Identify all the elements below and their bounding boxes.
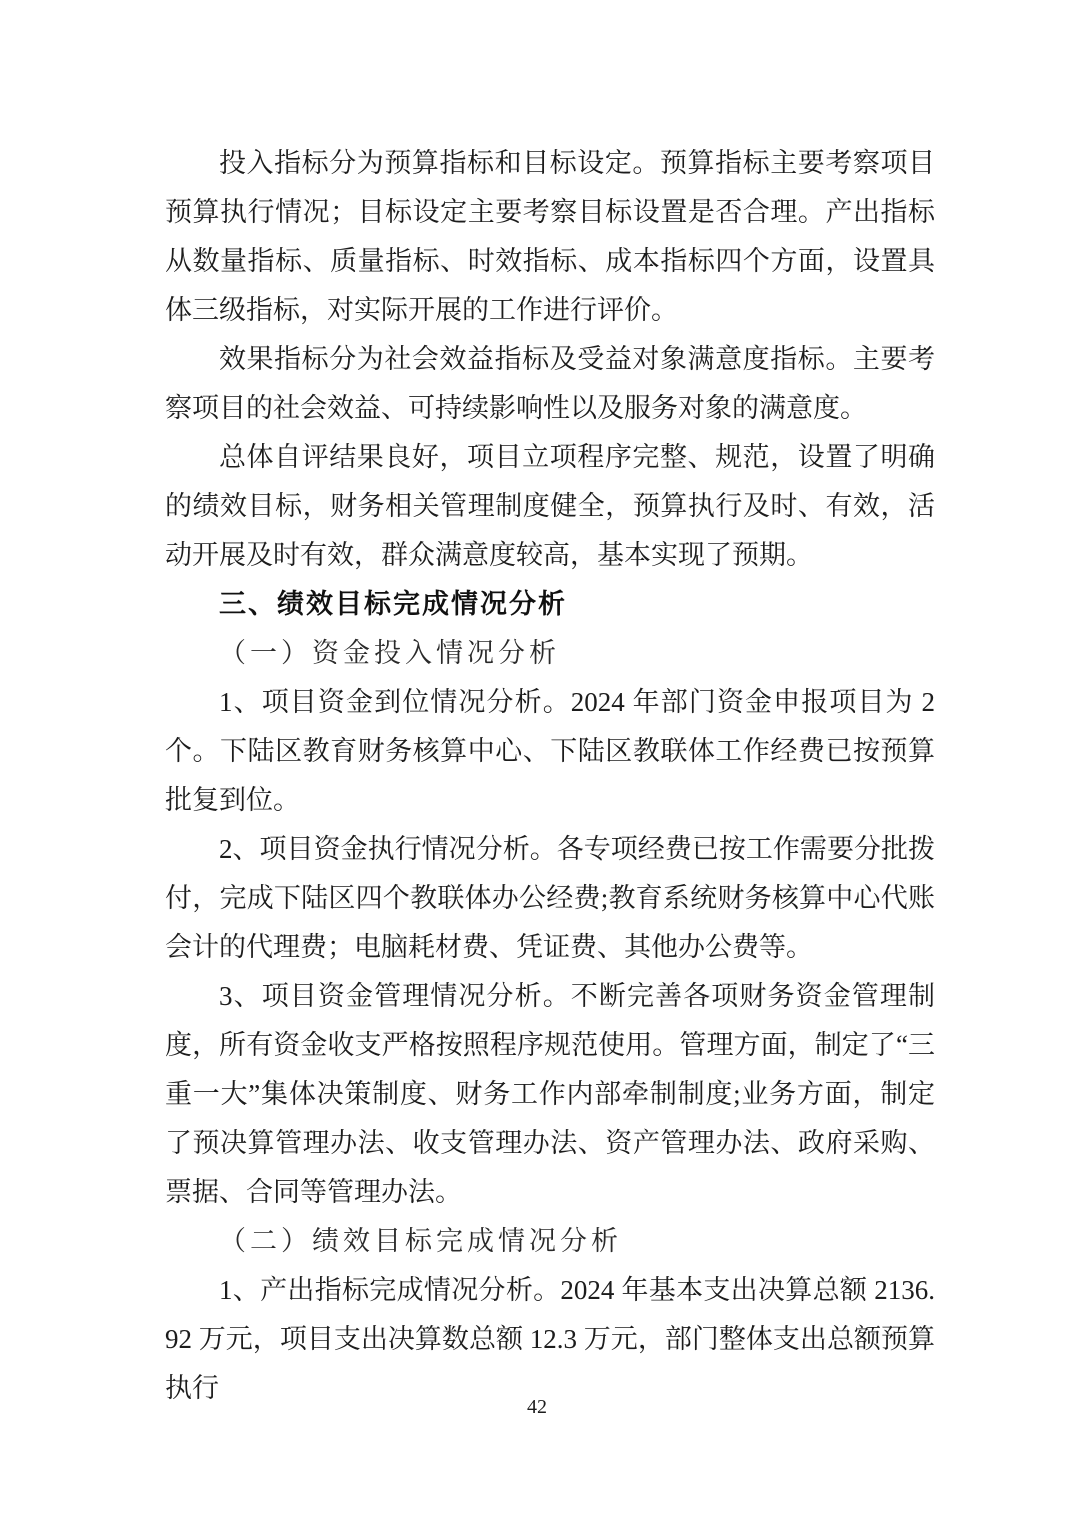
paragraph-overall-self-evaluation: 总体自评结果良好，项目立项程序完整、规范，设置了明确的绩效目标，财务相关管理制度… xyxy=(165,433,935,580)
subsection-heading-goal-completion-analysis: （二）绩效目标完成情况分析 xyxy=(165,1217,935,1266)
paragraph-output-indicator-analysis: 1、产出指标完成情况分析。2024 年基本支出决算总额 2136.92 万元，项… xyxy=(165,1266,935,1413)
subsection-heading-fund-input-analysis: （一）资金投入情况分析 xyxy=(165,629,935,678)
page-number: 42 xyxy=(0,1396,1074,1419)
paragraph-fund-arrival-analysis: 1、项目资金到位情况分析。2024 年部门资金申报项目为 2 个。下陆区教育财务… xyxy=(165,678,935,825)
document-page: 投入指标分为预算指标和目标设定。预算指标主要考察项目预算执行情况；目标设定主要考… xyxy=(0,0,1074,1520)
paragraph-effect-indicators: 效果指标分为社会效益指标及受益对象满意度指标。主要考察项目的社会效益、可持续影响… xyxy=(165,335,935,433)
paragraph-input-indicators: 投入指标分为预算指标和目标设定。预算指标主要考察项目预算执行情况；目标设定主要考… xyxy=(165,139,935,335)
paragraph-fund-management-analysis: 3、项目资金管理情况分析。不断完善各项财务资金管理制度，所有资金收支严格按照程序… xyxy=(165,972,935,1217)
paragraph-fund-execution-analysis: 2、项目资金执行情况分析。各专项经费已按工作需要分批拨付，完成下陆区四个教联体办… xyxy=(165,825,935,972)
document-body: 投入指标分为预算指标和目标设定。预算指标主要考察项目预算执行情况；目标设定主要考… xyxy=(165,139,935,1413)
section-heading-performance-analysis: 三、绩效目标完成情况分析 xyxy=(165,580,935,629)
